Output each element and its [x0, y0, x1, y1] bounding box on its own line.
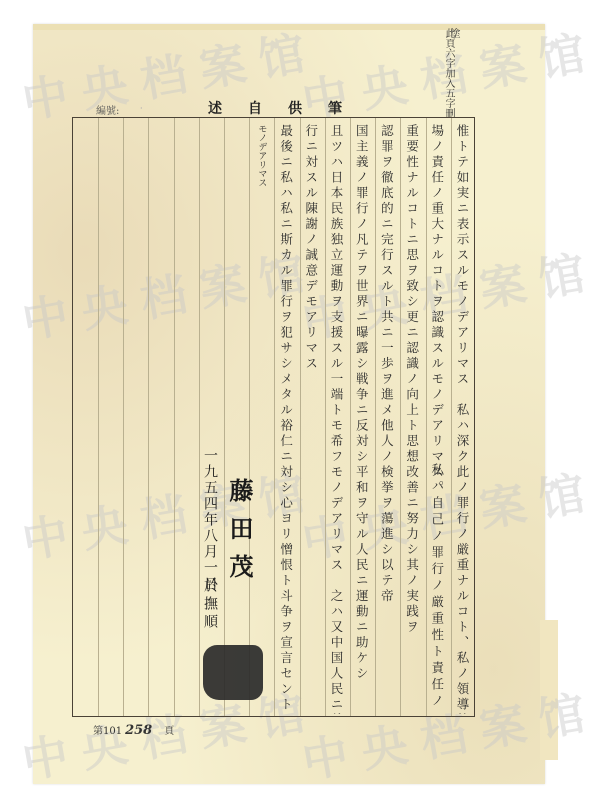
text-column: 最後ニ私ハ私ニ斯カル罪行ヲ犯サシメタル裕仁ニ対シ心ヨリ憎恨ト斗争ヲ宣言セントスル	[273, 124, 298, 714]
paper-top-edge	[33, 24, 545, 30]
text-column: 重要性ナルコトニ思ヲ致シ更ニ認識ノ向上ト思想改善ニ努力シ其ノ実践ヲ	[399, 124, 424, 714]
signature-place: 於撫順	[200, 578, 220, 632]
text-column: 認罪ヲ徹底的ニ完行スルト共ニ一歩ヲ進メ他人ノ検挙ヲ蕩進シ以テ帝	[374, 124, 399, 714]
text-column: モノデアリマス	[248, 124, 273, 714]
serial-number-label: 編號:	[96, 102, 119, 117]
grid-column-line	[123, 118, 124, 716]
form-title: 述自供筆	[208, 98, 368, 118]
fingerprint-seal	[203, 645, 263, 700]
signature-name: 藤田茂	[222, 478, 257, 592]
footer-suffix: 頁	[164, 726, 174, 737]
footer-prefix: 第	[93, 726, 103, 737]
inserted-text: 私ハ自己ノ罪行ノ厳重性ト責任ノ	[425, 463, 450, 711]
grid-column-line	[224, 118, 225, 716]
text-column: 且ツハ日本民族独立運動ヲ支援スル一端トモ希フモノデアリマス 之ハ又中国人民ニ曽テ…	[324, 124, 349, 714]
page-footer: 第101258頁	[93, 722, 174, 738]
footer-sub-number: 101	[103, 726, 122, 737]
text-column: 惟トテ如実ニ表示スルモノデアリマス 私ハ深ク此ノ罪行ノ厳重ナルコト、私ノ領導的ナ…	[450, 124, 475, 714]
margin-note: 此頁六字加入五字刪	[432, 28, 454, 118]
serial-number-value: ·	[140, 104, 143, 113]
paper-torn-patch	[540, 620, 558, 760]
text-column: 行ニ対スル陳謝ノ誠意デモアリマス	[299, 124, 324, 714]
grid-column-line	[148, 118, 149, 716]
grid-column-line	[174, 118, 175, 716]
text-column: 国主義ノ罪行ノ凡テヲ世界ニ曝露シ戦争ニ反対シ平和ヲ守ル人民ニ運動ニ助ケシ	[349, 124, 374, 714]
writing-grid: 惟トテ如実ニ表示スルモノデアリマス 私ハ深ク此ノ罪行ノ厳重ナルコト、私ノ領導的ナ…	[72, 117, 475, 717]
signature-date: 一九五四年八月一日	[200, 448, 220, 592]
grid-column-line	[98, 118, 99, 716]
page-number: 258	[125, 723, 152, 738]
